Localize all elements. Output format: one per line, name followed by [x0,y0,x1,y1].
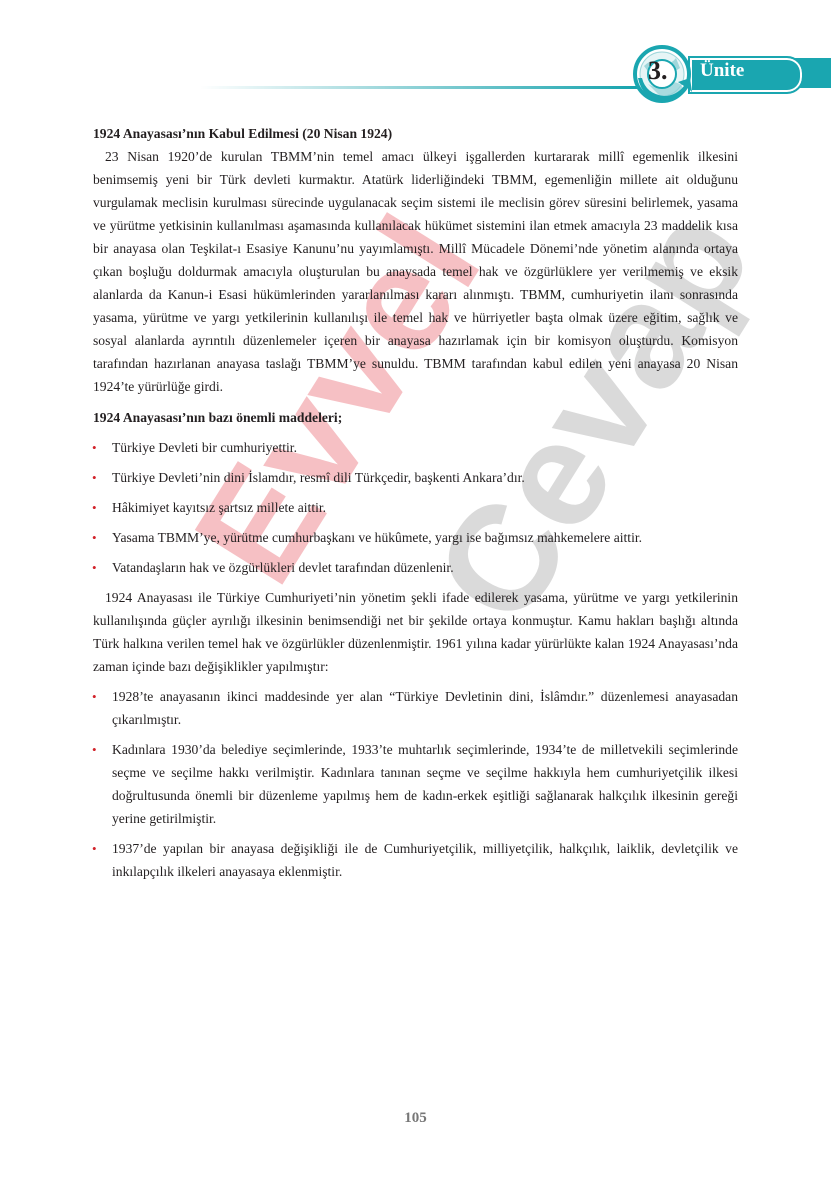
section-title: 1924 Anayasası’nın Kabul Edilmesi (20 Ni… [93,122,738,145]
list-item: Yasama TBMM’ye, yürütme cumhurbaşkanı ve… [92,526,738,549]
list-item: Hâkimiyet kayıtsız şartsız millete aitti… [92,496,738,519]
articles-list: Türkiye Devleti bir cumhuriyettir. Türki… [93,436,738,579]
list-item: Türkiye Devleti’nin dini İslamdır, resmî… [92,466,738,489]
changes-list: 1928’te anayasanın ikinci maddesinde yer… [93,685,738,883]
list-item: 1937’de yapılan bir anayasa değişikliği … [92,837,738,883]
page-content: 1924 Anayasası’nın Kabul Edilmesi (20 Ni… [93,122,738,890]
intro-paragraph: 23 Nisan 1920’de kurulan TBMM’nin temel … [93,145,738,398]
list-item: Vatandaşların hak ve özgürlükleri devlet… [92,556,738,579]
intro-text: 23 Nisan 1920’de kurulan TBMM’nin temel … [93,149,738,394]
unit-number: 3. [648,56,668,86]
page-number: 105 [0,1110,831,1127]
unit-badge: Ünite 3. [630,42,831,112]
articles-heading: 1924 Anayasası’nın bazı önemli maddeleri… [93,406,738,429]
body-paragraph: 1924 Anayasası ile Türkiye Cumhuriyeti’n… [93,586,738,678]
list-item: 1928’te anayasanın ikinci maddesinde yer… [92,685,738,731]
header-rule [200,86,640,89]
list-item: Kadınlara 1930’da belediye seçimlerinde,… [92,738,738,830]
unit-label: Ünite [700,60,744,82]
list-item: Türkiye Devleti bir cumhuriyettir. [92,436,738,459]
